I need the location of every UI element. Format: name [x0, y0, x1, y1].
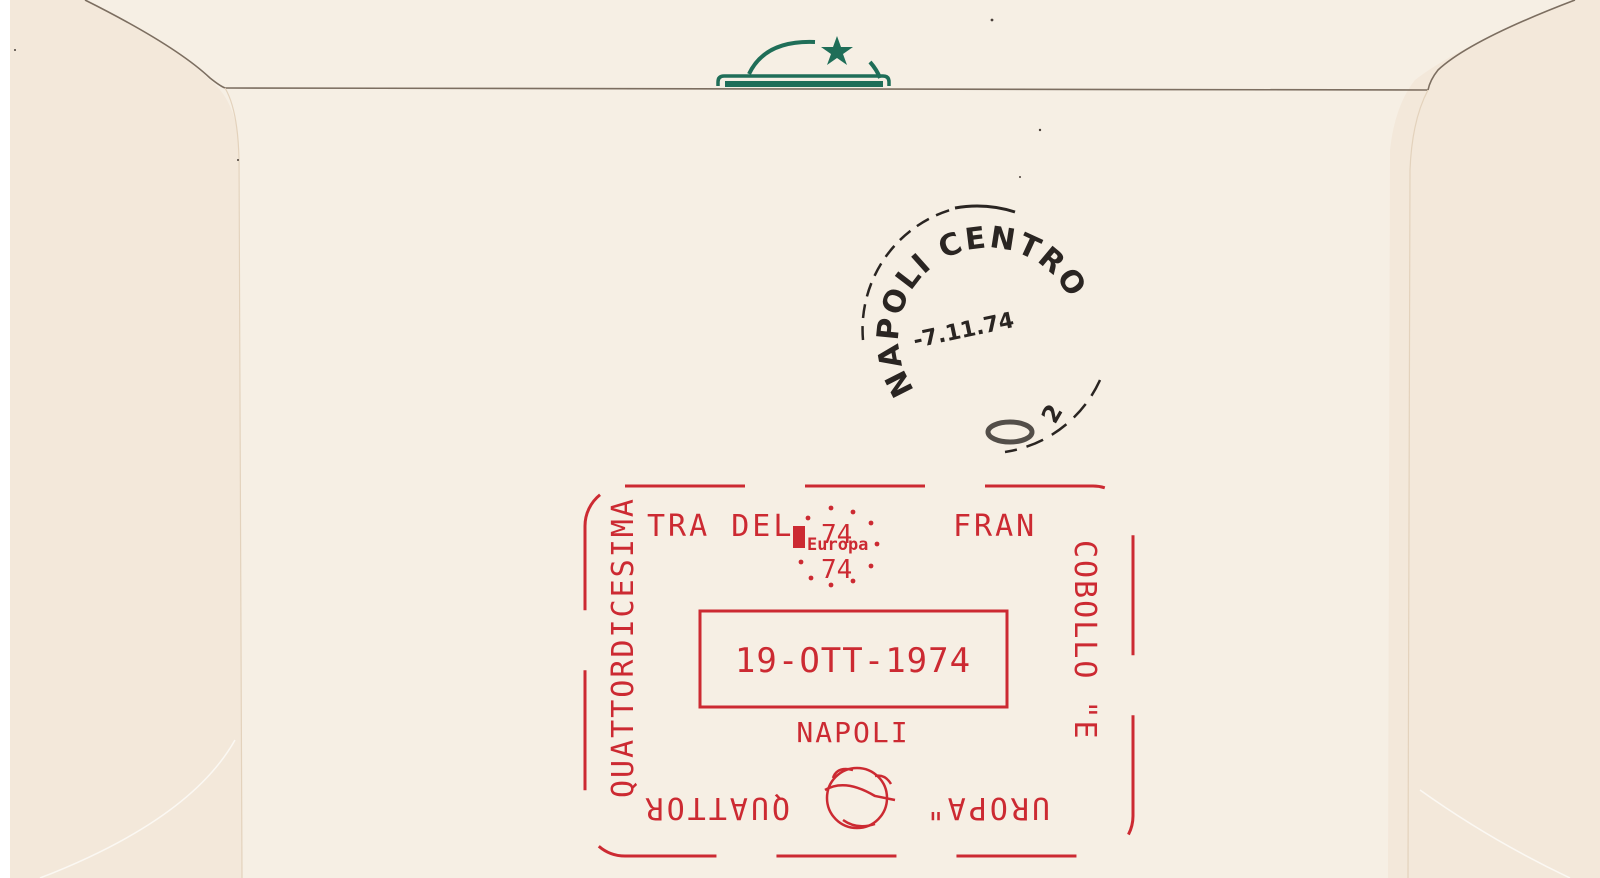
postmark-date: -7.11.74	[911, 308, 1016, 354]
cancel-city: NAPOLI	[796, 716, 909, 749]
cancel-top-left-text: TRA DEL	[647, 509, 794, 544]
upu-globe-emblem-icon	[825, 768, 895, 828]
star-arc-logo-icon	[715, 34, 895, 90]
commemorative-cancel: QUATTORDICESIMA MOS TRA DEL FRAN COBOLLO…	[575, 478, 1155, 868]
postmark-ring-text: NAPOLI CENTRO	[871, 220, 1094, 403]
postmark-code: 2	[1036, 400, 1069, 428]
emblem-bottom-number: 74	[821, 555, 852, 585]
cancel-bottom-left-text: QUATTOR	[643, 790, 790, 825]
cancel-right-text: COBOLLO "E	[1067, 540, 1102, 741]
svg-text:NAPOLI CENTRO: NAPOLI CENTRO	[871, 220, 1094, 403]
envelope-back: NAPOLI CENTRO -7.11.74 2 QUATTORDICESIMA…	[10, 0, 1600, 878]
cancel-date: 19-OTT-1974	[735, 641, 971, 681]
circular-postmark: NAPOLI CENTRO -7.11.74 2	[855, 190, 1120, 465]
cancel-left-text: QUATTORDICESIMA MOS	[606, 478, 641, 798]
europa-emblem: 74 Europa 74	[793, 506, 879, 588]
emblem-label: Europa	[807, 535, 868, 555]
cancel-top-right-text: FRAN	[953, 509, 1037, 544]
cancel-bottom-right-text: UROPA"	[924, 790, 1050, 825]
